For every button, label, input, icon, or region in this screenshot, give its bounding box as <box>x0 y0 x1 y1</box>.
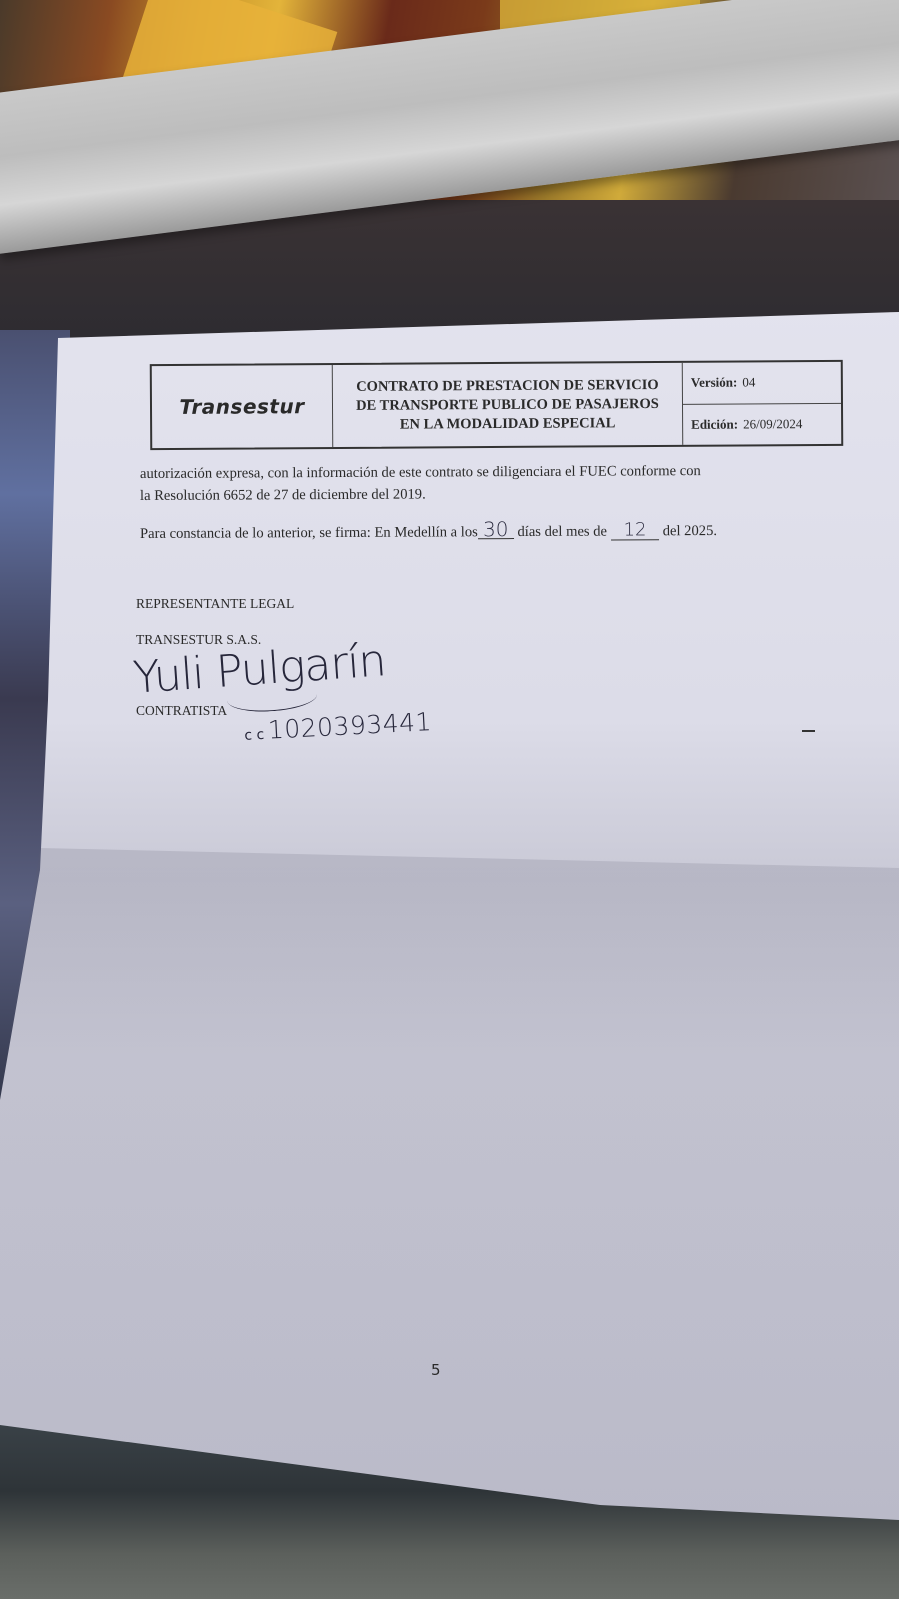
document-meta: Versión: 04 Edición: 26/09/2024 <box>683 362 841 445</box>
edition-row: Edición: 26/09/2024 <box>683 402 841 444</box>
legal-rep-label: REPRESENTANTE LEGAL <box>136 596 294 612</box>
signing-statement: Para constancia de lo anterior, se firma… <box>140 519 717 544</box>
logo-cell: Transestur <box>152 365 333 448</box>
stray-mark <box>802 730 815 732</box>
id-prefix: c c <box>244 727 265 744</box>
paragraph-line: la Resolución 6652 de 27 de diciembre de… <box>140 485 426 506</box>
title-line: DE TRANSPORTE PUBLICO DE PASAJEROS <box>356 395 659 416</box>
signing-middle: días del mes de <box>517 524 607 540</box>
paragraph-line: autorización expresa, con la información… <box>140 461 701 484</box>
document-title: CONTRATO DE PRESTACION DE SERVICIO DE TR… <box>333 363 683 447</box>
signing-suffix: del 2025. <box>663 523 717 539</box>
company-logo: Transestur <box>179 394 304 419</box>
signing-month-handwritten: 12 <box>611 521 659 540</box>
edition-label: Edición: <box>691 416 738 432</box>
document-header-table: Transestur CONTRATO DE PRESTACION DE SER… <box>150 360 844 450</box>
contractor-label: CONTRATISTA <box>136 703 227 719</box>
version-label: Versión: <box>691 375 738 391</box>
title-line: EN LA MODALIDAD ESPECIAL <box>400 414 616 434</box>
version-value: 04 <box>742 375 755 391</box>
page-number: 5 <box>431 1361 441 1379</box>
signing-day-handwritten: 30 <box>478 520 514 539</box>
edition-value: 26/09/2024 <box>743 416 802 432</box>
signing-prefix: Para constancia de lo anterior, se firma… <box>140 524 478 542</box>
version-row: Versión: 04 <box>683 362 841 403</box>
title-line: CONTRATO DE PRESTACION DE SERVICIO <box>356 376 659 397</box>
